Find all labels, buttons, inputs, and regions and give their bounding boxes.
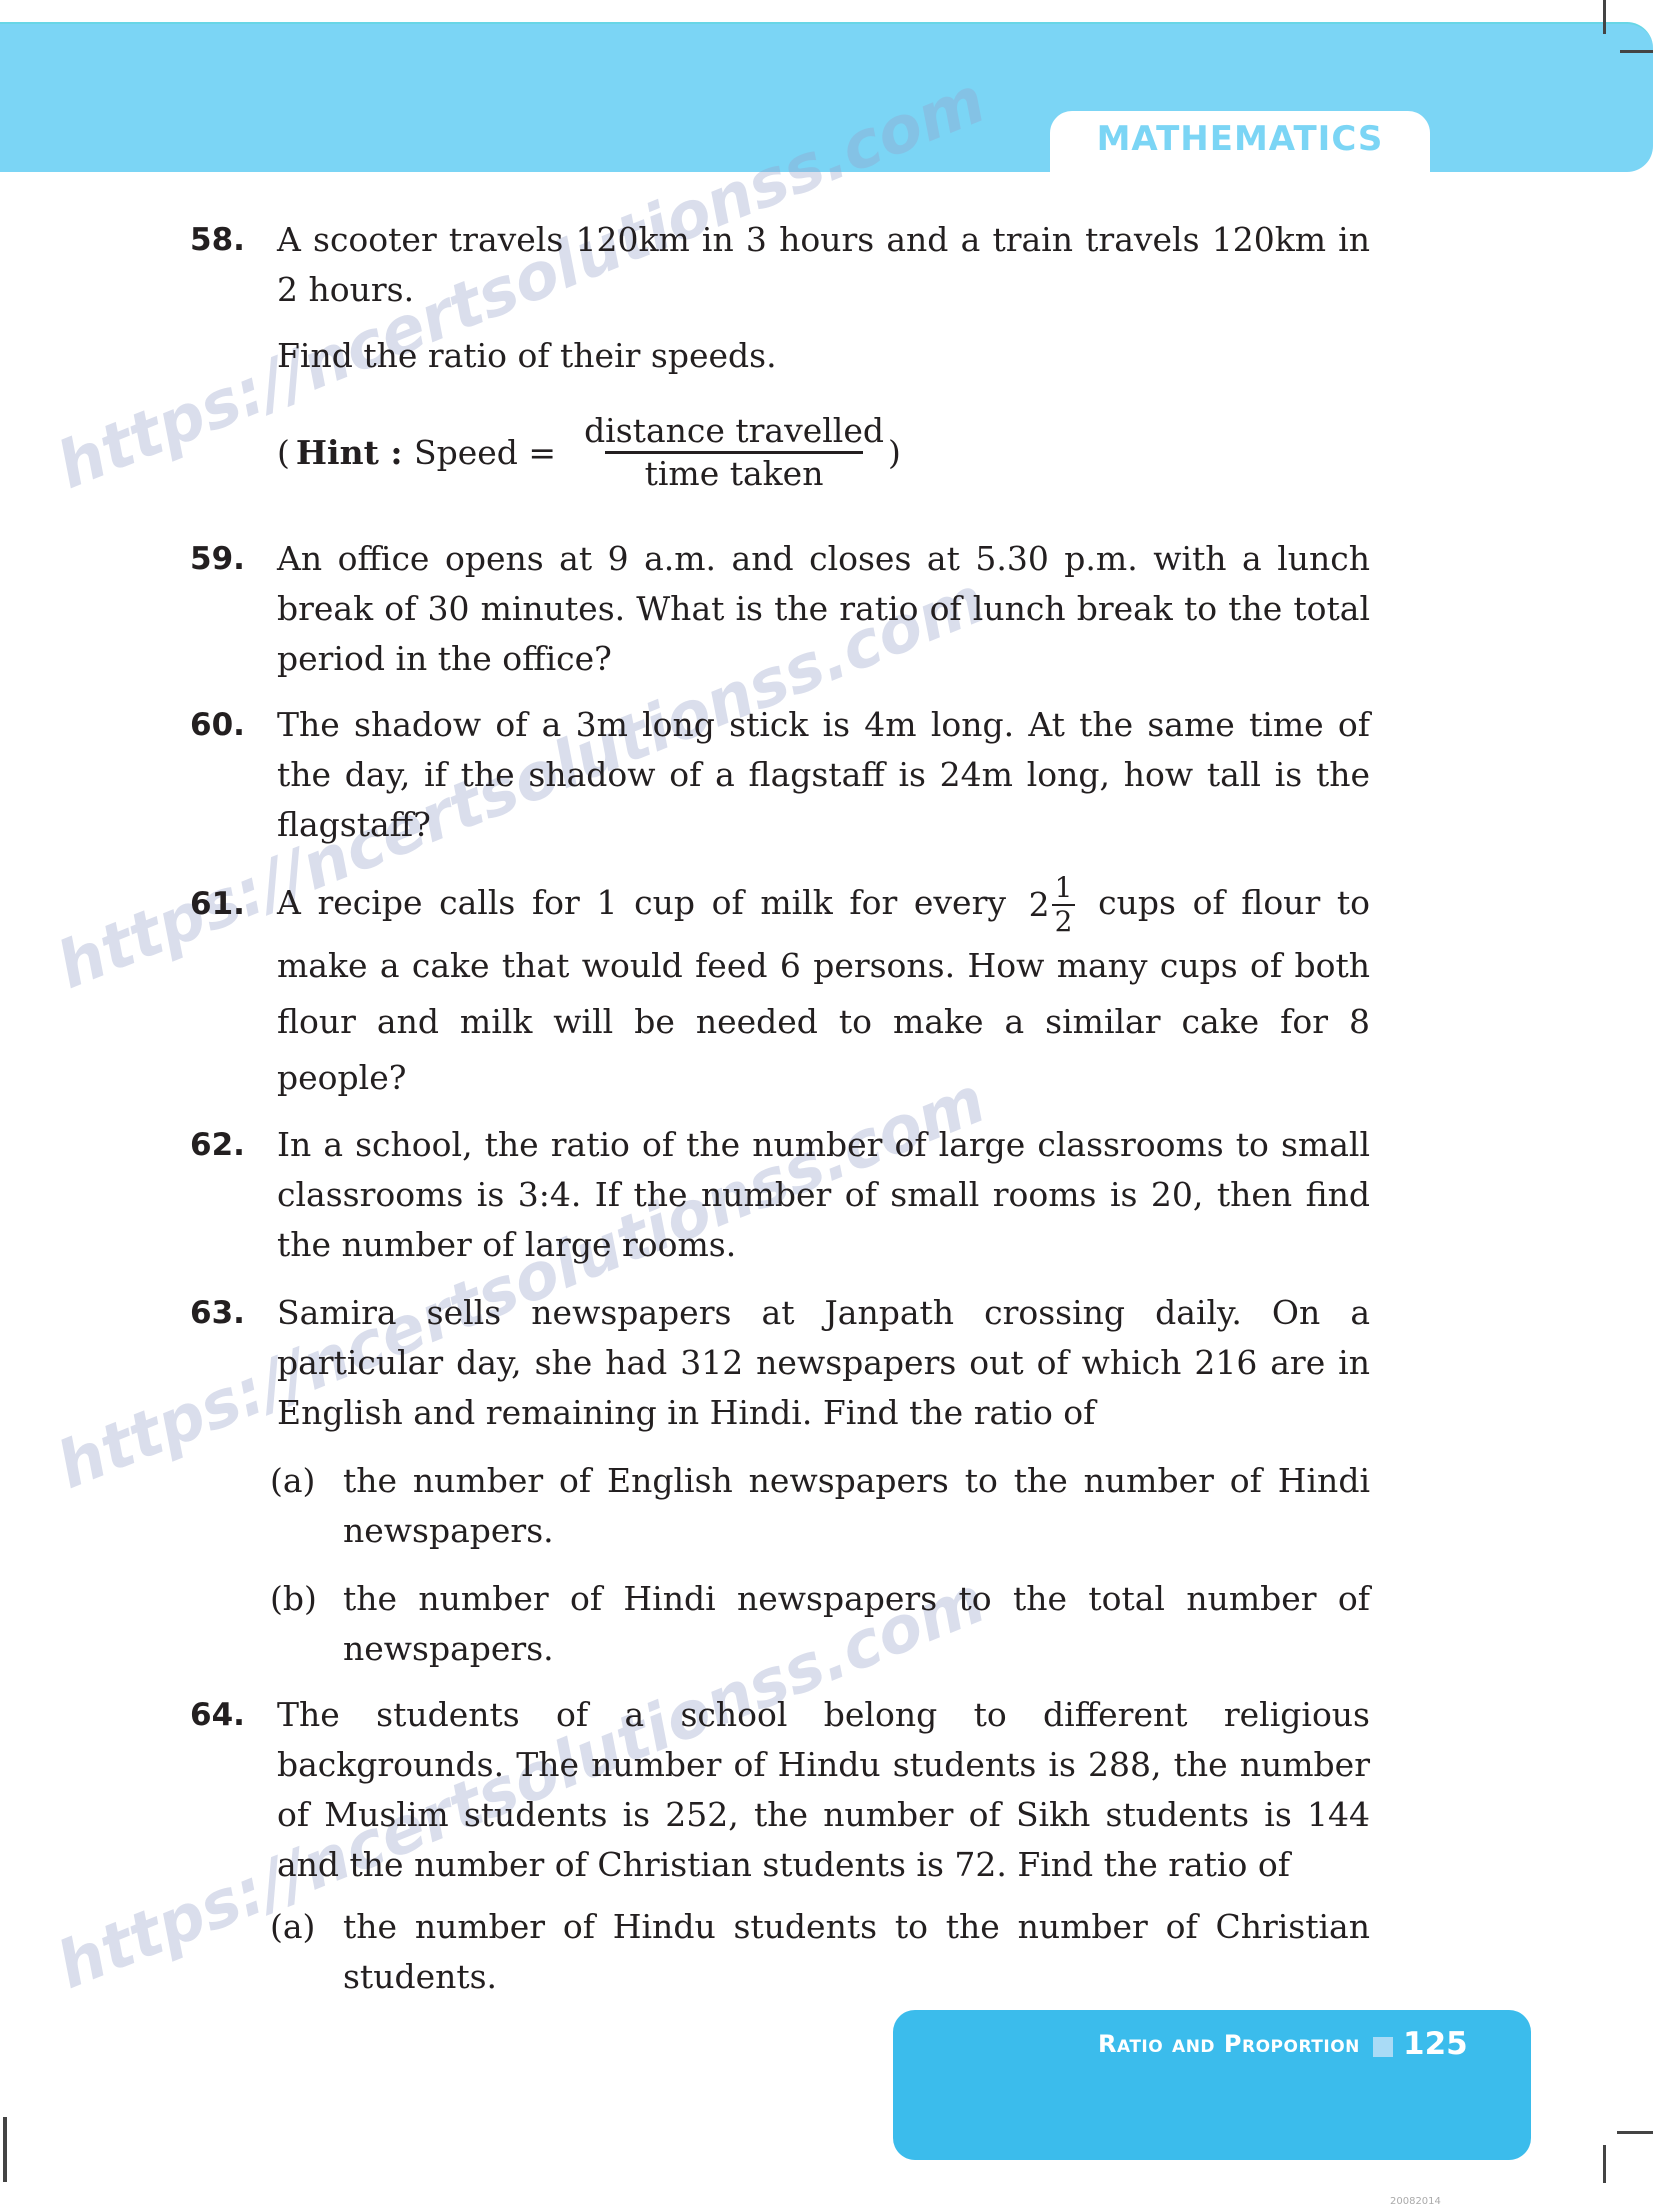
question-list: 58. A scooter travels 120km in 3 hours a… [190,215,1370,2002]
fraction-numerator: 1 [1052,872,1076,906]
question-number: 63. [190,1288,245,1338]
question-text: An office opens at 9 a.m. and closes at … [277,534,1370,684]
sub-text: the number of English newspapers to the … [343,1461,1370,1550]
sub-label: (a) [270,1456,315,1506]
fraction-denominator: 2 [1055,906,1073,938]
sub-text: the number of Hindu students to the numb… [343,1907,1370,1996]
sub-text: the number of Hindi newspapers to the to… [343,1579,1370,1668]
footer-box: Ratio and Proportion 125 [893,2010,1531,2160]
subject-tab: MATHEMATICS [1050,111,1430,177]
question-60: 60. The shadow of a 3m long stick is 4m … [190,700,1370,850]
mixed-whole: 2 [1029,877,1050,933]
sub-question-b: (b) the number of Hindi newspapers to th… [190,1574,1370,1674]
print-code: 20082014 [1390,2196,1441,2207]
sub-question-a: (a) the number of English newspapers to … [190,1456,1370,1556]
sub-label: (a) [270,1902,315,1952]
hint: ( Hint : Speed = distance travelled time… [277,411,1370,494]
question-text: The students of a school belong to diffe… [277,1690,1370,1890]
question-number: 60. [190,700,245,750]
crop-mark [1603,0,1606,34]
mixed-fraction: 2 1 2 [1029,872,1076,938]
hint-close-paren: ) [888,428,901,478]
question-text-2: Find the ratio of their speeds. [277,331,1370,381]
question-64: 64. The students of a school belong to d… [190,1690,1370,2002]
sub-label: (b) [270,1574,317,1624]
hint-label: Hint [296,428,379,478]
crop-mark [1620,50,1653,53]
hint-open-paren: ( [277,428,290,478]
chapter-title: Ratio and Proportion [1098,2030,1360,2058]
question-text: Samira sells newspapers at Janpath cross… [277,1288,1370,1438]
question-59: 59. An office opens at 9 a.m. and closes… [190,534,1370,684]
hint-colon: : [379,428,414,478]
speed-fraction: distance travelled time taken [580,411,888,494]
question-number: 59. [190,534,245,584]
crop-mark [3,2117,7,2182]
hint-lhs: Speed = [414,428,556,478]
square-icon [1373,2037,1393,2057]
question-number: 58. [190,215,245,265]
question-number: 61. [190,876,245,932]
crop-mark [1617,2131,1653,2134]
subject-label: MATHEMATICS [1050,119,1430,159]
sub-question-a: (a) the number of Hindu students to the … [190,1902,1370,2002]
question-58: 58. A scooter travels 120km in 3 hours a… [190,215,1370,494]
question-63: 63. Samira sells newspapers at Janpath c… [190,1288,1370,1674]
fraction-numerator: distance travelled [580,411,888,451]
question-text: The shadow of a 3m long stick is 4m long… [277,700,1370,850]
question-61: 61. A recipe calls for 1 cup of milk for… [190,872,1370,1106]
page-number: 125 [1403,2026,1468,2062]
question-number: 62. [190,1120,245,1170]
proper-fraction: 1 2 [1052,872,1076,938]
question-text: In a school, the ratio of the number of … [277,1120,1370,1270]
crop-mark [1603,2145,1606,2183]
question-text: A recipe calls for 1 cup of milk for eve… [277,872,1370,1106]
question-text: A scooter travels 120km in 3 hours and a… [277,215,1370,315]
question-62: 62. In a school, the ratio of the number… [190,1120,1370,1270]
question-text-before: A recipe calls for 1 cup of milk for eve… [277,883,1006,922]
fraction-denominator: time taken [605,451,864,494]
question-number: 64. [190,1690,245,1740]
